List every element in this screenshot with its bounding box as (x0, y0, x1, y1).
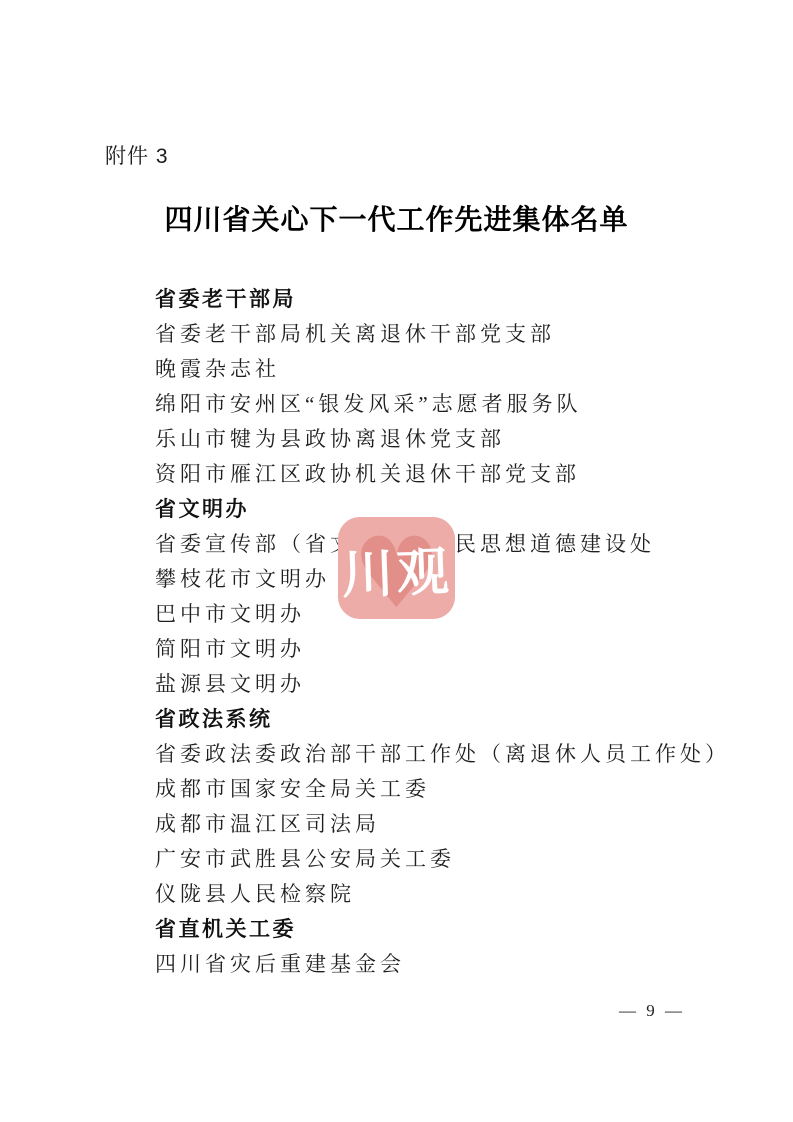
list-item: 仪陇县人民检察院 (155, 877, 735, 912)
list-item: 省委宣传部（省文明办）公民思想道德建设处 (155, 527, 735, 562)
section-header: 省政法系统 (155, 702, 735, 737)
page-title: 四川省关心下一代工作先进集体名单 (0, 198, 793, 238)
attachment-label: 附件 3 (105, 140, 169, 170)
list-item: 成都市温江区司法局 (155, 807, 735, 842)
list-item: 攀枝花市文明办 (155, 562, 735, 597)
section-header: 省文明办 (155, 492, 735, 527)
list-item: 资阳市雁江区政协机关退休干部党支部 (155, 457, 735, 492)
list-item: 盐源县文明办 (155, 667, 735, 702)
list-item: 四川省灾后重建基金会 (155, 947, 735, 982)
list-item: 成都市国家安全局关工委 (155, 772, 735, 807)
list-item: 晚霞杂志社 (155, 352, 735, 387)
list-item: 简阳市文明办 (155, 632, 735, 667)
page-number: — 9 — (619, 1001, 685, 1021)
section-header: 省委老干部局 (155, 282, 735, 317)
document-body: 省委老干部局省委老干部局机关离退休干部党支部晚霞杂志社绵阳市安州区“银发风采”志… (155, 282, 735, 982)
list-item: 绵阳市安州区“银发风采”志愿者服务队 (155, 387, 735, 422)
document-page: 附件 3 四川省关心下一代工作先进集体名单 省委老干部局省委老干部局机关离退休干… (0, 0, 793, 1122)
list-item: 巴中市文明办 (155, 597, 735, 632)
list-item: 乐山市犍为县政协离退休党支部 (155, 422, 735, 457)
section-header: 省直机关工委 (155, 912, 735, 947)
list-item: 省委政法委政治部干部工作处（离退休人员工作处） (155, 737, 735, 772)
list-item: 广安市武胜县公安局关工委 (155, 842, 735, 877)
list-item: 省委老干部局机关离退休干部党支部 (155, 317, 735, 352)
